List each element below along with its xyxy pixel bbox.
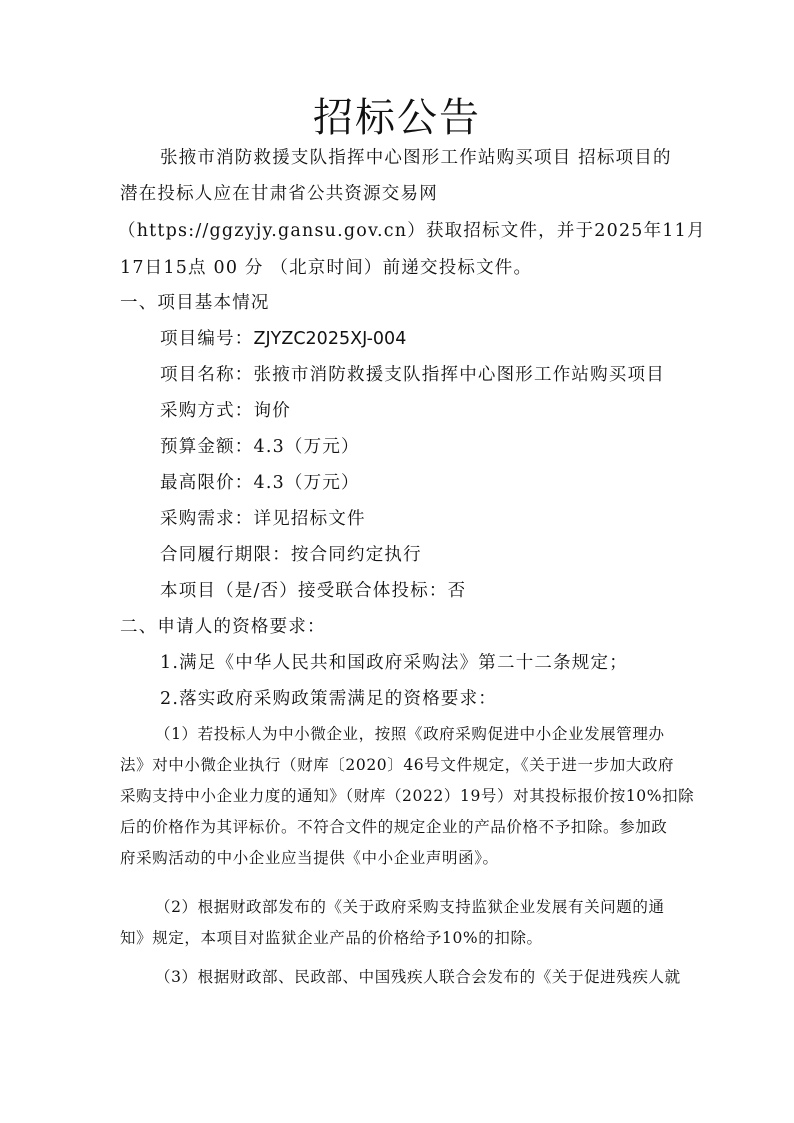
project-number: 项目编号：ZJYZC2025XJ-004 bbox=[160, 327, 406, 351]
sub-item-1-line-3: 采购支持中小企业力度的通知》（财库（2022）19号）对其投标报价按10%扣除 bbox=[120, 784, 694, 808]
project-name: 项目名称：张掖市消防救援支队指挥中心图形工作站购买项目 bbox=[160, 363, 665, 387]
max-price: 最高限价：4.3（万元） bbox=[160, 471, 360, 495]
section-2-heading: 二、申请人的资格要求： bbox=[120, 615, 326, 639]
requirement-item-2: 2.落实政府采购政策需满足的资格要求： bbox=[160, 687, 497, 711]
sub-item-1-line-4: 后的价格作为其评标价。不符合文件的规定企业的产品价格不予扣除。参加政 bbox=[120, 815, 667, 839]
intro-line-2: 潜在投标人应在甘肃省公共资源交易网 bbox=[120, 182, 438, 206]
contract-period: 合同履行期限：按合同约定执行 bbox=[160, 543, 422, 567]
sub-item-2-line-2: 知》规定，本项目对监狱企业产品的价格给予10%的扣除。 bbox=[120, 926, 543, 950]
intro-line-3: （https://ggzyjy.gansu.gov.cn）获取招标文件，并于20… bbox=[118, 219, 706, 243]
sub-item-2-line-1: （2）根据财政部发布的《关于政府采购支持监狱企业发展有关问题的通 bbox=[155, 895, 665, 919]
sub-item-1-line-2: 法》对中小微企业执行（财库〔2020〕46号文件规定，《关于进一步加大政府 bbox=[120, 753, 674, 777]
consortium-bidding: 本项目（是/否）接受联合体投标：否 bbox=[160, 579, 466, 603]
document-page: 招标公告 张掖市消防救援支队指挥中心图形工作站购买项目 招标项目的 潜在投标人应… bbox=[0, 0, 794, 1123]
sub-item-3-line-1: （3）根据财政部、民政部、中国残疾人联合会发布的《关于促进残疾人就 bbox=[155, 965, 681, 989]
sub-item-1-line-1: （1）若投标人为中小微企业，按照《政府采购促进中小企业发展管理办 bbox=[155, 722, 665, 746]
document-title: 招标公告 bbox=[0, 92, 794, 144]
intro-line-4: 17日15点 00 分 （北京时间）前递交投标文件。 bbox=[120, 256, 532, 280]
sub-item-1-line-5: 府采购活动的中小企业应当提供《中小企业声明函》。 bbox=[120, 846, 499, 870]
section-1-heading: 一、项目基本情况 bbox=[120, 291, 270, 315]
intro-line-1: 张掖市消防救援支队指挥中心图形工作站购买项目 招标项目的 bbox=[160, 146, 672, 170]
requirement-item-1: 1.满足《中华人民共和国政府采购法》第二十二条规定； bbox=[160, 651, 628, 675]
procurement-method: 采购方式：询价 bbox=[160, 399, 291, 423]
budget-amount: 预算金额：4.3（万元） bbox=[160, 435, 360, 459]
project-number-value: ZJYZC2025XJ-004 bbox=[254, 329, 407, 349]
procurement-requirement: 采购需求：详见招标文件 bbox=[160, 507, 366, 531]
project-number-label: 项目编号： bbox=[160, 329, 254, 349]
